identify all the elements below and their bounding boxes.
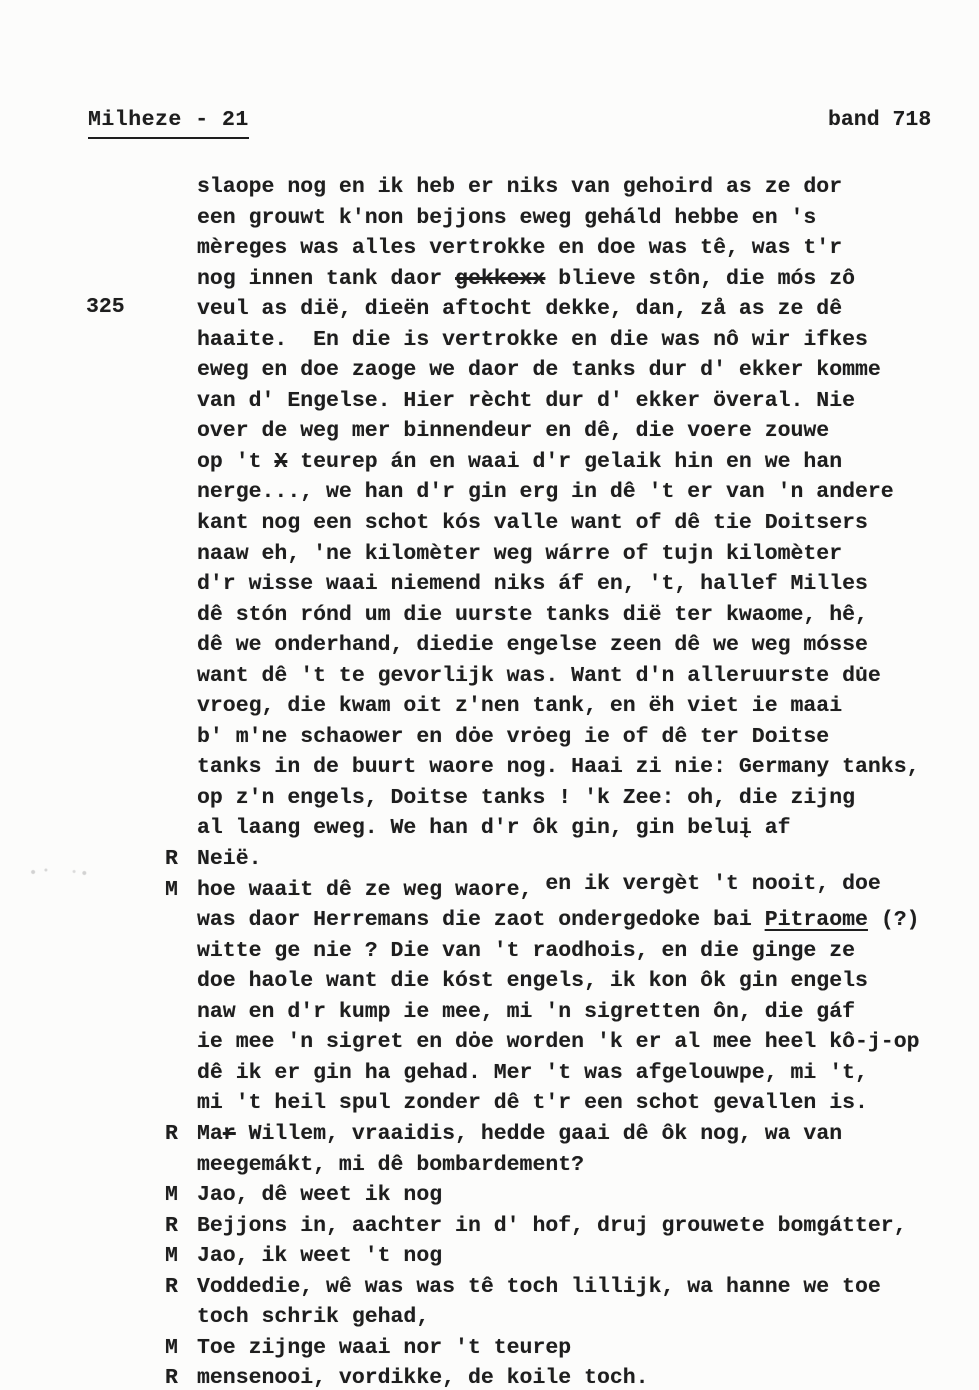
text-segment: dê ik er gin ha gehad. Mer 't was afgelo… bbox=[197, 1061, 868, 1085]
text-segment: op z'n engels, Doitse tanks ! 'k Zee: oh… bbox=[197, 786, 855, 810]
text-segment-raised: en ik vergèt 't nooit, doe bbox=[532, 872, 880, 896]
text-segment: dê stón rónd um die uurste tanks dië ter… bbox=[197, 603, 868, 627]
transcript-line: haaite. En die is vertrokke en die was n… bbox=[197, 325, 957, 356]
margin-line-number: 325 bbox=[86, 295, 125, 319]
text-segment: d'r wisse waai niemend niks áf en, 't, h… bbox=[197, 572, 868, 596]
transcript-line: veul as dië, dieën aftocht dekke, dan, z… bbox=[197, 294, 957, 325]
text-segment: veul as dië, dieën aftocht dekke, dan, z… bbox=[197, 297, 842, 321]
transcript-line: vroeg, die kwam oit z'nen tank, en ëh vi… bbox=[197, 691, 957, 722]
speaker-label: R bbox=[165, 1211, 178, 1242]
transcript-line: meegemákt, mi dê bombardement? bbox=[197, 1150, 957, 1181]
transcript-line: toch schrik gehad, bbox=[197, 1302, 957, 1333]
transcript-line: dê we onderhand, diedie engelse zeen dê … bbox=[197, 630, 957, 661]
transcript-line: nerge..., we han d'r gin erg in dê 't er… bbox=[197, 477, 957, 508]
text-segment: nog innen tank daor bbox=[197, 267, 455, 291]
speaker-label: R bbox=[165, 1119, 178, 1150]
transcript-line: was daor Herremans die zaot ondergedoke … bbox=[197, 905, 957, 936]
transcript-line: eweg en doe zaoge we daor de tanks dur d… bbox=[197, 355, 957, 386]
transcript-line: MJao, dê weet ik nog bbox=[197, 1180, 957, 1211]
transcript-line: ie mee 'n sigret en dȯe worden 'k er al … bbox=[197, 1027, 957, 1058]
text-segment: haaite. En die is vertrokke en die was n… bbox=[197, 328, 868, 352]
transcript-line: MToe zijnge waai nor 't teurep bbox=[197, 1333, 957, 1364]
text-segment: slaope nog en ik heb er niks van gehoird… bbox=[197, 175, 842, 199]
text-segment: teurep án en waai d'r gelaik hin en we h… bbox=[287, 450, 842, 474]
text-segment: hoe waait dê ze weg waore, bbox=[197, 878, 532, 902]
text-segment: ie mee 'n sigret en dȯe worden 'k er al … bbox=[197, 1030, 920, 1054]
speaker-label: M bbox=[165, 1241, 178, 1272]
text-segment: dê we onderhand, diedie engelse zeen dê … bbox=[197, 633, 868, 657]
transcript-line: nog innen tank daor gekkexx blieve stôn,… bbox=[197, 264, 957, 295]
text-segment-strike: gekkexx bbox=[455, 267, 545, 291]
transcript-line: tanks in de buurt waore nog. Haai zi nie… bbox=[197, 752, 957, 783]
text-segment: Voddedie, wê was was tê toch lillijk, wa… bbox=[197, 1275, 881, 1299]
transcript-body: slaope nog en ik heb er niks van gehoird… bbox=[197, 172, 957, 1390]
transcript-line: naaw eh, 'ne kilomèter weg wárre of tujn… bbox=[197, 539, 957, 570]
text-segment: Toe zijnge waai nor 't teurep bbox=[197, 1336, 571, 1360]
transcript-line: dê ik er gin ha gehad. Mer 't was afgelo… bbox=[197, 1058, 957, 1089]
speaker-label: R bbox=[165, 844, 178, 875]
transcript-line: Mhoe waait dê ze weg waore, en ik vergèt… bbox=[197, 875, 957, 906]
text-segment: (?) bbox=[868, 908, 920, 932]
transcript-line: mèreges was alles vertrokke en doe was t… bbox=[197, 233, 957, 264]
transcript-line: over de weg mer binnendeur en dê, die vo… bbox=[197, 416, 957, 447]
transcript-line: op z'n engels, Doitse tanks ! 'k Zee: oh… bbox=[197, 783, 957, 814]
transcript-line: witte ge nie ? Die van 't raodhois, en d… bbox=[197, 936, 957, 967]
transcript-line: mi 't heil spul zonder dê t'r een schot … bbox=[197, 1088, 957, 1119]
text-segment: Ma bbox=[197, 1122, 223, 1146]
transcript-line: RBejjons in, aachter in d' hof, druj gro… bbox=[197, 1211, 957, 1242]
text-segment: tanks in de buurt waore nog. Haai zi nie… bbox=[197, 755, 920, 779]
transcript-line: naw en d'r kump ie mee, mi 'n sigretten … bbox=[197, 997, 957, 1028]
page-title: Milheze - 21 bbox=[88, 108, 249, 139]
text-segment-underline: Pitraome bbox=[765, 908, 868, 932]
speaker-label: M bbox=[165, 1333, 178, 1364]
text-segment: toch schrik gehad, bbox=[197, 1305, 429, 1329]
text-segment: meegemákt, mi dê bombardement? bbox=[197, 1153, 584, 1177]
text-segment: nerge..., we han d'r gin erg in dê 't er… bbox=[197, 480, 894, 504]
text-segment: mensenooi, vordikke, de koile toch. bbox=[197, 1366, 649, 1390]
transcript-line: al laang eweg. We han d'r ôk gin, gin be… bbox=[197, 813, 957, 844]
transcript-line: Rmensenooi, vordikke, de koile toch. bbox=[197, 1363, 957, 1390]
text-segment: Jao, dê weet ik nog bbox=[197, 1183, 442, 1207]
document-page: Milheze - 21 band 718 325 slaope nog en … bbox=[0, 0, 979, 1390]
transcript-line: MJao, ik weet 't nog bbox=[197, 1241, 957, 1272]
transcript-line: doe haole want die kóst engels, ik kon ô… bbox=[197, 966, 957, 997]
text-segment: op 't bbox=[197, 450, 274, 474]
text-segment: eweg en doe zaoge we daor de tanks dur d… bbox=[197, 358, 881, 382]
text-segment: Neië. bbox=[197, 847, 262, 871]
text-segment: Bejjons in, aachter in d' hof, druj grou… bbox=[197, 1214, 907, 1238]
text-segment: want dê 't te gevorlijk was. Want d'n al… bbox=[197, 664, 881, 688]
transcript-line: een grouwt k'non bejjons eweg geháld heb… bbox=[197, 203, 957, 234]
text-segment: blieve stôn, die mós zô bbox=[545, 267, 855, 291]
transcript-line: RMar Willem, vraaidis, hedde gaai dê ôk … bbox=[197, 1119, 957, 1150]
transcript-line: RVoddedie, wê was was tê toch lillijk, w… bbox=[197, 1272, 957, 1303]
transcript-line: van d' Engelse. Hier rècht dur d' ekker … bbox=[197, 386, 957, 417]
speaker-label: R bbox=[165, 1363, 178, 1390]
speaker-label: M bbox=[165, 875, 178, 906]
text-segment: Jao, ik weet 't nog bbox=[197, 1244, 442, 1268]
text-segment: Willem, vraaidis, hedde gaai dê ôk nog, … bbox=[236, 1122, 842, 1146]
text-segment-strike: r bbox=[223, 1122, 236, 1146]
text-segment: van d' Engelse. Hier rècht dur d' ekker … bbox=[197, 389, 855, 413]
margin-pencil-mark bbox=[28, 866, 92, 876]
text-segment-strike: X bbox=[274, 450, 287, 474]
text-segment: was daor Herremans die zaot ondergedoke … bbox=[197, 908, 765, 932]
transcript-line: d'r wisse waai niemend niks áf en, 't, h… bbox=[197, 569, 957, 600]
text-segment: vroeg, die kwam oit z'nen tank, en ëh vi… bbox=[197, 694, 842, 718]
text-segment: naw en d'r kump ie mee, mi 'n sigretten … bbox=[197, 1000, 855, 1024]
transcript-line: kant nog een schot kós valle want of dê … bbox=[197, 508, 957, 539]
text-segment: al laang eweg. We han d'r ôk gin, gin be… bbox=[197, 816, 791, 840]
text-segment: mi 't heil spul zonder dê t'r een schot … bbox=[197, 1091, 868, 1115]
transcript-line: RNeië. bbox=[197, 844, 957, 875]
speaker-label: R bbox=[165, 1272, 178, 1303]
text-segment: over de weg mer binnendeur en dê, die vo… bbox=[197, 419, 829, 443]
text-segment: kant nog een schot kós valle want of dê … bbox=[197, 511, 868, 535]
text-segment: mèreges was alles vertrokke en doe was t… bbox=[197, 236, 842, 260]
transcript-line: dê stón rónd um die uurste tanks dië ter… bbox=[197, 600, 957, 631]
speaker-label: M bbox=[165, 1180, 178, 1211]
text-segment: naaw eh, 'ne kilomèter weg wárre of tujn… bbox=[197, 542, 842, 566]
band-number: band 718 bbox=[828, 108, 931, 132]
transcript-line: slaope nog en ik heb er niks van gehoird… bbox=[197, 172, 957, 203]
text-segment: witte ge nie ? Die van 't raodhois, en d… bbox=[197, 939, 855, 963]
transcript-line: want dê 't te gevorlijk was. Want d'n al… bbox=[197, 661, 957, 692]
text-segment: doe haole want die kóst engels, ik kon ô… bbox=[197, 969, 868, 993]
transcript-line: op 't X teurep án en waai d'r gelaik hin… bbox=[197, 447, 957, 478]
text-segment: een grouwt k'non bejjons eweg geháld heb… bbox=[197, 206, 816, 230]
text-segment: b' m'ne schaower en dȯe vrȯeg ie of dê t… bbox=[197, 725, 829, 749]
transcript-line: b' m'ne schaower en dȯe vrȯeg ie of dê t… bbox=[197, 722, 957, 753]
